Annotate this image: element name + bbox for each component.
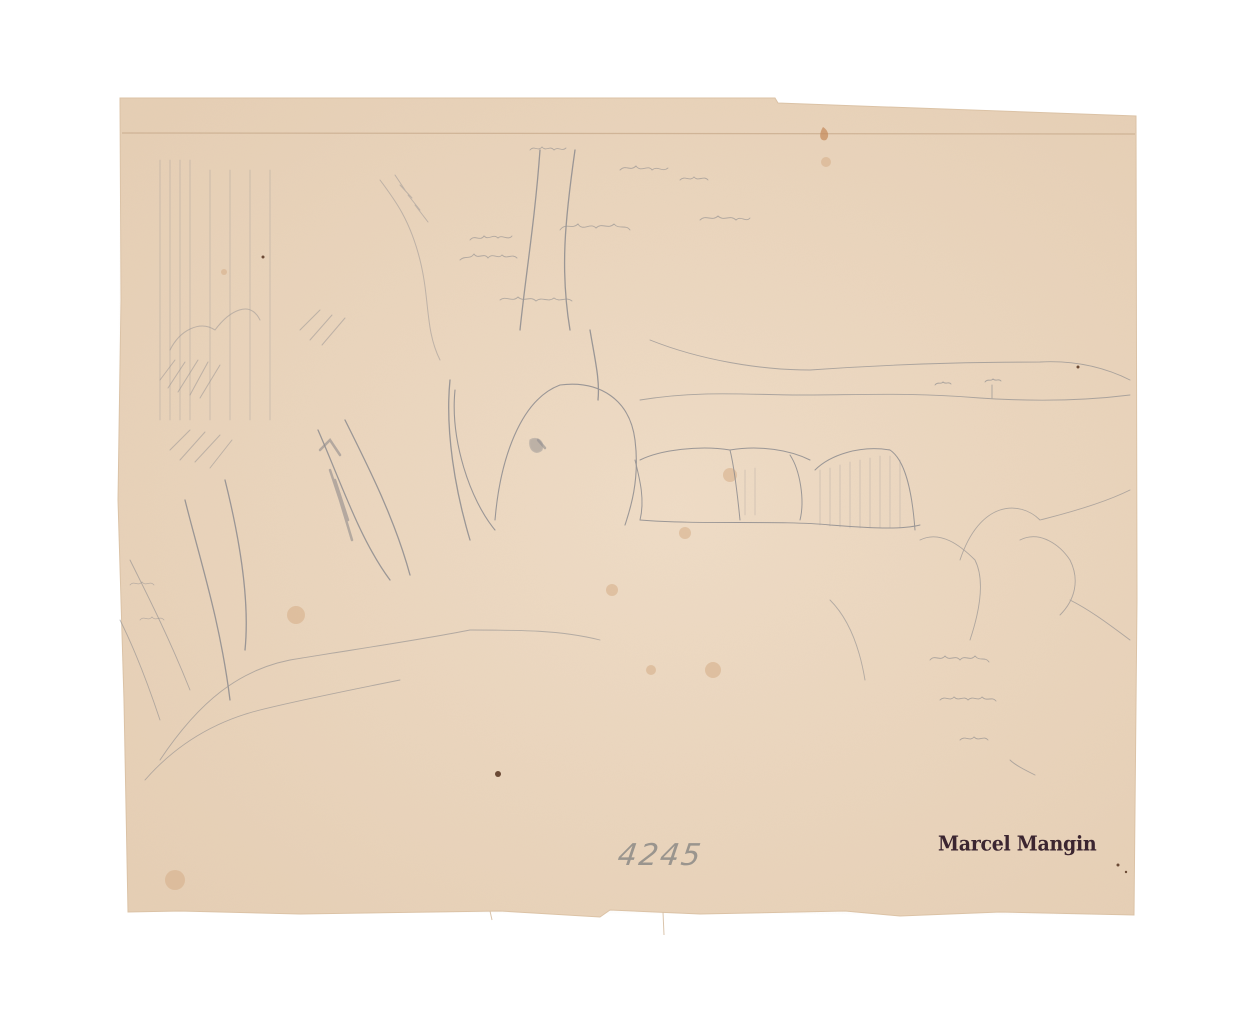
artwork-photo: 4245 Marcel Mangin — [0, 0, 1251, 1024]
catalog-number: 4245 — [616, 838, 705, 873]
artist-signature: Marcel Mangin — [938, 832, 1096, 856]
